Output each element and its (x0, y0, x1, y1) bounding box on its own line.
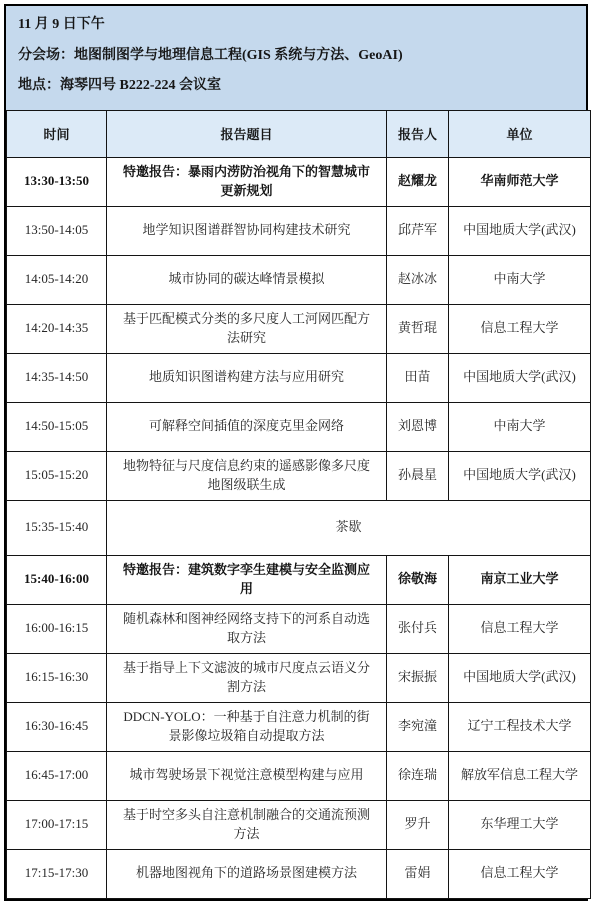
cell-speaker: 宋振振 (387, 653, 449, 702)
cell-title: 特邀报告：暴雨内涝防治视角下的智慧城市更新规划 (107, 157, 387, 206)
cell-org: 华南师范大学 (449, 157, 591, 206)
cell-speaker: 赵冰冰 (387, 255, 449, 304)
cell-org: 中南大学 (449, 255, 591, 304)
cell-title: 城市驾驶场景下视觉注意模型构建与应用 (107, 751, 387, 800)
cell-time: 14:50-15:05 (7, 402, 107, 451)
table-row-break: 15:35-15:40茶歇 (7, 500, 591, 555)
cell-title: 地学知识图谱群智协同构建技术研究 (107, 206, 387, 255)
table-row: 16:45-17:00城市驾驶场景下视觉注意模型构建与应用徐连瑞解放军信息工程大… (7, 751, 591, 800)
cell-title: DDCN-YOLO：一种基于自注意力机制的街景影像垃圾箱自动提取方法 (107, 702, 387, 751)
cell-speaker: 徐连瑞 (387, 751, 449, 800)
table-row: 15:40-16:00特邀报告：建筑数字孪生建模与安全监测应用徐敬海南京工业大学 (7, 555, 591, 604)
table-row: 14:50-15:05可解释空间插值的深度克里金网络刘恩博中南大学 (7, 402, 591, 451)
cell-speaker: 雷娟 (387, 849, 449, 898)
cell-title: 基于时空多头自注意机制融合的交通流预测方法 (107, 800, 387, 849)
table-row: 15:05-15:20地物特征与尺度信息约束的遥感影像多尺度地图级联生成孙晨星中… (7, 451, 591, 500)
cell-time: 16:45-17:00 (7, 751, 107, 800)
cell-org: 中国地质大学(武汉) (449, 353, 591, 402)
cell-org: 中国地质大学(武汉) (449, 451, 591, 500)
table-row: 14:20-14:35基于匹配模式分类的多尺度人工河网匹配方法研究黄哲琨信息工程… (7, 304, 591, 353)
cell-speaker: 黄哲琨 (387, 304, 449, 353)
cell-title: 基于指导上下文滤波的城市尺度点云语义分割方法 (107, 653, 387, 702)
column-header-time: 时间 (7, 110, 107, 157)
table-row: 13:50-14:05地学知识图谱群智协同构建技术研究邱芹军中国地质大学(武汉) (7, 206, 591, 255)
cell-time: 15:05-15:20 (7, 451, 107, 500)
cell-title: 机器地图视角下的道路场景图建模方法 (107, 849, 387, 898)
cell-time: 13:30-13:50 (7, 157, 107, 206)
cell-time: 15:40-16:00 (7, 555, 107, 604)
cell-speaker: 赵耀龙 (387, 157, 449, 206)
session-header-band: 11 月 9 日下午 分会场：地图制图学与地理信息工程(GIS 系统与方法、Ge… (6, 6, 586, 110)
cell-time: 16:00-16:15 (7, 604, 107, 653)
session-location: 地点：海琴四号 B222-224 会议室 (18, 77, 574, 95)
cell-title: 特邀报告：建筑数字孪生建模与安全监测应用 (107, 555, 387, 604)
schedule-table-body: 13:30-13:50特邀报告：暴雨内涝防治视角下的智慧城市更新规划赵耀龙华南师… (7, 157, 591, 898)
cell-time: 14:05-14:20 (7, 255, 107, 304)
table-row: 17:00-17:15基于时空多头自注意机制融合的交通流预测方法罗升东华理工大学 (7, 800, 591, 849)
cell-org: 信息工程大学 (449, 604, 591, 653)
cell-time: 14:20-14:35 (7, 304, 107, 353)
cell-time: 15:35-15:40 (7, 500, 107, 555)
cell-title: 可解释空间插值的深度克里金网络 (107, 402, 387, 451)
schedule-table-head: 时间 报告题目 报告人 单位 (7, 110, 591, 157)
table-row: 16:15-16:30基于指导上下文滤波的城市尺度点云语义分割方法宋振振中国地质… (7, 653, 591, 702)
cell-break-label: 茶歇 (107, 500, 591, 555)
column-header-speaker: 报告人 (387, 110, 449, 157)
cell-speaker: 罗升 (387, 800, 449, 849)
cell-org: 中国地质大学(武汉) (449, 653, 591, 702)
cell-title: 地质知识图谱构建方法与应用研究 (107, 353, 387, 402)
table-row: 17:15-17:30机器地图视角下的道路场景图建模方法雷娟信息工程大学 (7, 849, 591, 898)
conference-program-sheet: 11 月 9 日下午 分会场：地图制图学与地理信息工程(GIS 系统与方法、Ge… (4, 4, 588, 901)
cell-org: 信息工程大学 (449, 304, 591, 353)
cell-time: 13:50-14:05 (7, 206, 107, 255)
table-row: 16:30-16:45DDCN-YOLO：一种基于自注意力机制的街景影像垃圾箱自… (7, 702, 591, 751)
table-row: 13:30-13:50特邀报告：暴雨内涝防治视角下的智慧城市更新规划赵耀龙华南师… (7, 157, 591, 206)
cell-time: 17:15-17:30 (7, 849, 107, 898)
cell-org: 信息工程大学 (449, 849, 591, 898)
session-date: 11 月 9 日下午 (18, 16, 574, 34)
cell-org: 南京工业大学 (449, 555, 591, 604)
table-row: 14:05-14:20城市协同的碳达峰情景模拟赵冰冰中南大学 (7, 255, 591, 304)
cell-time: 16:30-16:45 (7, 702, 107, 751)
cell-title: 基于匹配模式分类的多尺度人工河网匹配方法研究 (107, 304, 387, 353)
cell-title: 地物特征与尺度信息约束的遥感影像多尺度地图级联生成 (107, 451, 387, 500)
cell-speaker: 李宛潼 (387, 702, 449, 751)
cell-org: 解放军信息工程大学 (449, 751, 591, 800)
cell-time: 17:00-17:15 (7, 800, 107, 849)
cell-speaker: 田苗 (387, 353, 449, 402)
cell-speaker: 徐敬海 (387, 555, 449, 604)
cell-org: 中国地质大学(武汉) (449, 206, 591, 255)
cell-org: 东华理工大学 (449, 800, 591, 849)
column-header-row: 时间 报告题目 报告人 单位 (7, 110, 591, 157)
column-header-title: 报告题目 (107, 110, 387, 157)
cell-org: 中南大学 (449, 402, 591, 451)
cell-title: 城市协同的碳达峰情景模拟 (107, 255, 387, 304)
cell-time: 16:15-16:30 (7, 653, 107, 702)
session-title: 分会场：地图制图学与地理信息工程(GIS 系统与方法、GeoAI) (18, 47, 574, 65)
cell-speaker: 孙晨星 (387, 451, 449, 500)
table-row: 16:00-16:15随机森林和图神经网络支持下的河系自动选取方法张付兵信息工程… (7, 604, 591, 653)
column-header-org: 单位 (449, 110, 591, 157)
cell-time: 14:35-14:50 (7, 353, 107, 402)
table-row: 14:35-14:50地质知识图谱构建方法与应用研究田苗中国地质大学(武汉) (7, 353, 591, 402)
schedule-table: 时间 报告题目 报告人 单位 13:30-13:50特邀报告：暴雨内涝防治视角下… (6, 110, 591, 899)
cell-org: 辽宁工程技术大学 (449, 702, 591, 751)
cell-speaker: 邱芹军 (387, 206, 449, 255)
cell-title: 随机森林和图神经网络支持下的河系自动选取方法 (107, 604, 387, 653)
cell-speaker: 张付兵 (387, 604, 449, 653)
cell-speaker: 刘恩博 (387, 402, 449, 451)
